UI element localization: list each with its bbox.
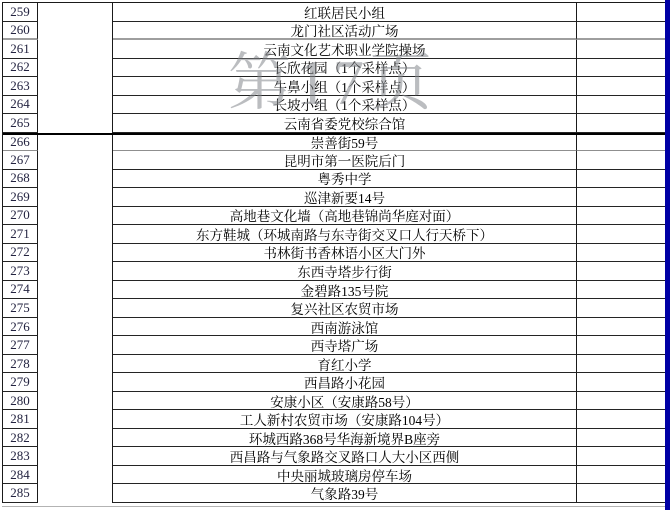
- spreadsheet-page: 259红联居民小组260龙门社区活动广场261云南文化艺术职业学院操场262长欣…: [0, 0, 670, 510]
- row-number-cell[interactable]: 271: [3, 225, 38, 244]
- group-merged-cell[interactable]: [38, 135, 113, 152]
- group-merged-cell[interactable]: [38, 447, 113, 466]
- location-cell[interactable]: 牛鼻小组（1个采样点）: [113, 77, 577, 96]
- row-number-cell[interactable]: 275: [3, 299, 38, 318]
- table-row: 268粤秀中学: [3, 170, 666, 189]
- table-row: 265云南省委党校综合馆: [3, 114, 666, 133]
- group-merged-cell[interactable]: [38, 466, 113, 485]
- location-cell[interactable]: 气象路39号: [113, 484, 577, 503]
- extra-empty-cell[interactable]: [577, 466, 666, 485]
- group-merged-cell[interactable]: [38, 318, 113, 337]
- location-cell[interactable]: 龙门社区活动广场: [113, 22, 577, 41]
- next-row-gridline: [2, 506, 666, 507]
- extra-empty-cell[interactable]: [577, 244, 666, 263]
- group-merged-cell[interactable]: [38, 3, 113, 22]
- extra-empty-cell[interactable]: [577, 225, 666, 244]
- row-number-cell[interactable]: 267: [3, 151, 38, 170]
- location-cell[interactable]: 云南省委党校综合馆: [113, 114, 577, 133]
- location-cell[interactable]: 东方鞋城（环城南路与东寺街交叉口人行天桥下）: [113, 225, 577, 244]
- table-row: 283西昌路与气象路交叉路口人大小区西侧: [3, 447, 666, 466]
- location-cell[interactable]: 云南文化艺术职业学院操场: [113, 40, 577, 59]
- row-number-cell[interactable]: 259: [3, 3, 38, 22]
- extra-empty-cell[interactable]: [577, 135, 666, 152]
- group-merged-cell[interactable]: [38, 355, 113, 374]
- extra-empty-cell[interactable]: [577, 114, 666, 133]
- table-row: 279西昌路小花园: [3, 373, 666, 392]
- group-merged-cell[interactable]: [38, 410, 113, 429]
- table-row: 277西寺塔广场: [3, 336, 666, 355]
- row-number-cell[interactable]: 276: [3, 318, 38, 337]
- extra-empty-cell[interactable]: [577, 373, 666, 392]
- row-number-cell[interactable]: 270: [3, 207, 38, 226]
- row-number-cell[interactable]: 262: [3, 59, 38, 78]
- extra-empty-cell[interactable]: [577, 151, 666, 170]
- group-merged-cell[interactable]: [38, 207, 113, 226]
- group-merged-cell[interactable]: [38, 151, 113, 170]
- location-cell[interactable]: 安康小区（安康路58号）: [113, 392, 577, 411]
- table-row: 267昆明市第一医院后门: [3, 151, 666, 170]
- table-row: 281工人新村农贸市场（安康路104号）: [3, 410, 666, 429]
- extra-empty-cell[interactable]: [577, 96, 666, 115]
- row-number-cell[interactable]: 272: [3, 244, 38, 263]
- location-cell[interactable]: 西昌路小花园: [113, 373, 577, 392]
- row-number-cell[interactable]: 264: [3, 96, 38, 115]
- row-number-cell[interactable]: 281: [3, 410, 38, 429]
- group-merged-cell[interactable]: [38, 262, 113, 281]
- location-cell[interactable]: 粤秀中学: [113, 170, 577, 189]
- location-cell[interactable]: 西南游泳馆: [113, 318, 577, 337]
- table-row: 275复兴社区农贸市场: [3, 299, 666, 318]
- group-merged-cell[interactable]: [38, 170, 113, 189]
- row-number-cell[interactable]: 284: [3, 466, 38, 485]
- extra-empty-cell[interactable]: [577, 318, 666, 337]
- extra-empty-cell[interactable]: [577, 484, 666, 503]
- extra-empty-cell[interactable]: [577, 410, 666, 429]
- location-cell[interactable]: 长坡小组（1个采样点）: [113, 96, 577, 115]
- table-row: 284中央丽城玻璃房停车场: [3, 466, 666, 485]
- group-merged-cell[interactable]: [38, 225, 113, 244]
- table-row: 260龙门社区活动广场: [3, 22, 666, 41]
- table-row: 262长欣花园（1个采样点）: [3, 59, 666, 78]
- group-merged-cell[interactable]: [38, 22, 113, 41]
- row-number-cell[interactable]: 268: [3, 170, 38, 189]
- extra-empty-cell[interactable]: [577, 40, 666, 59]
- group-merged-cell[interactable]: [38, 114, 113, 133]
- extra-empty-cell[interactable]: [577, 170, 666, 189]
- sampling-points-table: 259红联居民小组260龙门社区活动广场261云南文化艺术职业学院操场262长欣…: [2, 2, 666, 503]
- location-cell[interactable]: 长欣花园（1个采样点）: [113, 59, 577, 78]
- table-row: 274金碧路135号院: [3, 281, 666, 300]
- row-number-cell[interactable]: 285: [3, 484, 38, 503]
- location-cell[interactable]: 金碧路135号院: [113, 281, 577, 300]
- table-row: 273东西寺塔步行街: [3, 262, 666, 281]
- extra-empty-cell[interactable]: [577, 77, 666, 96]
- row-number-cell[interactable]: 282: [3, 429, 38, 448]
- group-merged-cell[interactable]: [38, 392, 113, 411]
- group-merged-cell[interactable]: [38, 188, 113, 207]
- table-row: 271东方鞋城（环城南路与东寺街交叉口人行天桥下）: [3, 225, 666, 244]
- location-cell[interactable]: 昆明市第一医院后门: [113, 151, 577, 170]
- extra-empty-cell[interactable]: [577, 262, 666, 281]
- group-merged-cell[interactable]: [38, 96, 113, 115]
- location-cell[interactable]: 育红小学: [113, 355, 577, 374]
- table-row: 264长坡小组（1个采样点）: [3, 96, 666, 115]
- row-number-cell[interactable]: 279: [3, 373, 38, 392]
- row-number-cell[interactable]: 263: [3, 77, 38, 96]
- row-number-cell[interactable]: 273: [3, 262, 38, 281]
- group-merged-cell[interactable]: [38, 244, 113, 263]
- extra-empty-cell[interactable]: [577, 299, 666, 318]
- extra-empty-cell[interactable]: [577, 22, 666, 41]
- location-cell[interactable]: 工人新村农贸市场（安康路104号）: [113, 410, 577, 429]
- table-row: 259红联居民小组: [3, 3, 666, 22]
- location-cell[interactable]: 崇善街59号: [113, 135, 577, 152]
- table-row: 270高地巷文化墙（高地巷锦尚华庭对面）: [3, 207, 666, 226]
- extra-empty-cell[interactable]: [577, 207, 666, 226]
- location-cell[interactable]: 复兴社区农贸市场: [113, 299, 577, 318]
- group-merged-cell[interactable]: [38, 299, 113, 318]
- table-row: 261云南文化艺术职业学院操场: [3, 40, 666, 59]
- location-cell[interactable]: 环城西路368号华海新境界B座旁: [113, 429, 577, 448]
- row-number-cell[interactable]: 260: [3, 22, 38, 41]
- extra-empty-cell[interactable]: [577, 336, 666, 355]
- location-cell[interactable]: 书林街书香林语小区大门外: [113, 244, 577, 263]
- page-break-line[interactable]: [665, 0, 670, 510]
- table-row: 263牛鼻小组（1个采样点）: [3, 77, 666, 96]
- location-cell[interactable]: 巡津新要14号: [113, 188, 577, 207]
- group-merged-cell[interactable]: [38, 281, 113, 300]
- extra-empty-cell[interactable]: [577, 3, 666, 22]
- row-number-cell[interactable]: 266: [3, 135, 38, 152]
- extra-empty-cell[interactable]: [577, 355, 666, 374]
- extra-empty-cell[interactable]: [577, 392, 666, 411]
- group-merged-cell[interactable]: [38, 40, 113, 59]
- group-merged-cell[interactable]: [38, 336, 113, 355]
- location-cell[interactable]: 高地巷文化墙（高地巷锦尚华庭对面）: [113, 207, 577, 226]
- table-row: 266崇善街59号: [3, 133, 666, 152]
- location-cell[interactable]: 西寺塔广场: [113, 336, 577, 355]
- location-cell[interactable]: 中央丽城玻璃房停车场: [113, 466, 577, 485]
- table-row: 278育红小学: [3, 355, 666, 374]
- extra-empty-cell[interactable]: [577, 447, 666, 466]
- row-number-cell[interactable]: 274: [3, 281, 38, 300]
- location-cell[interactable]: 红联居民小组: [113, 3, 577, 22]
- table-row: 282环城西路368号华海新境界B座旁: [3, 429, 666, 448]
- table-row: 280安康小区（安康路58号）: [3, 392, 666, 411]
- row-number-cell[interactable]: 280: [3, 392, 38, 411]
- extra-empty-cell[interactable]: [577, 59, 666, 78]
- extra-empty-cell[interactable]: [577, 188, 666, 207]
- table-row: 285气象路39号: [3, 484, 666, 503]
- group-merged-cell[interactable]: [38, 429, 113, 448]
- extra-empty-cell[interactable]: [577, 429, 666, 448]
- row-number-cell[interactable]: 277: [3, 336, 38, 355]
- group-merged-cell[interactable]: [38, 77, 113, 96]
- table-row: 272书林街书香林语小区大门外: [3, 244, 666, 263]
- location-cell[interactable]: 东西寺塔步行街: [113, 262, 577, 281]
- row-number-cell[interactable]: 269: [3, 188, 38, 207]
- row-number-cell[interactable]: 265: [3, 114, 38, 133]
- table-row: 269巡津新要14号: [3, 188, 666, 207]
- group-merged-cell[interactable]: [38, 59, 113, 78]
- row-number-cell[interactable]: 278: [3, 355, 38, 374]
- table-row: 276西南游泳馆: [3, 318, 666, 337]
- group-merged-cell[interactable]: [38, 484, 113, 503]
- group-merged-cell[interactable]: [38, 373, 113, 392]
- location-cell[interactable]: 西昌路与气象路交叉路口人大小区西侧: [113, 447, 577, 466]
- row-number-cell[interactable]: 261: [3, 40, 38, 59]
- row-number-cell[interactable]: 283: [3, 447, 38, 466]
- extra-empty-cell[interactable]: [577, 281, 666, 300]
